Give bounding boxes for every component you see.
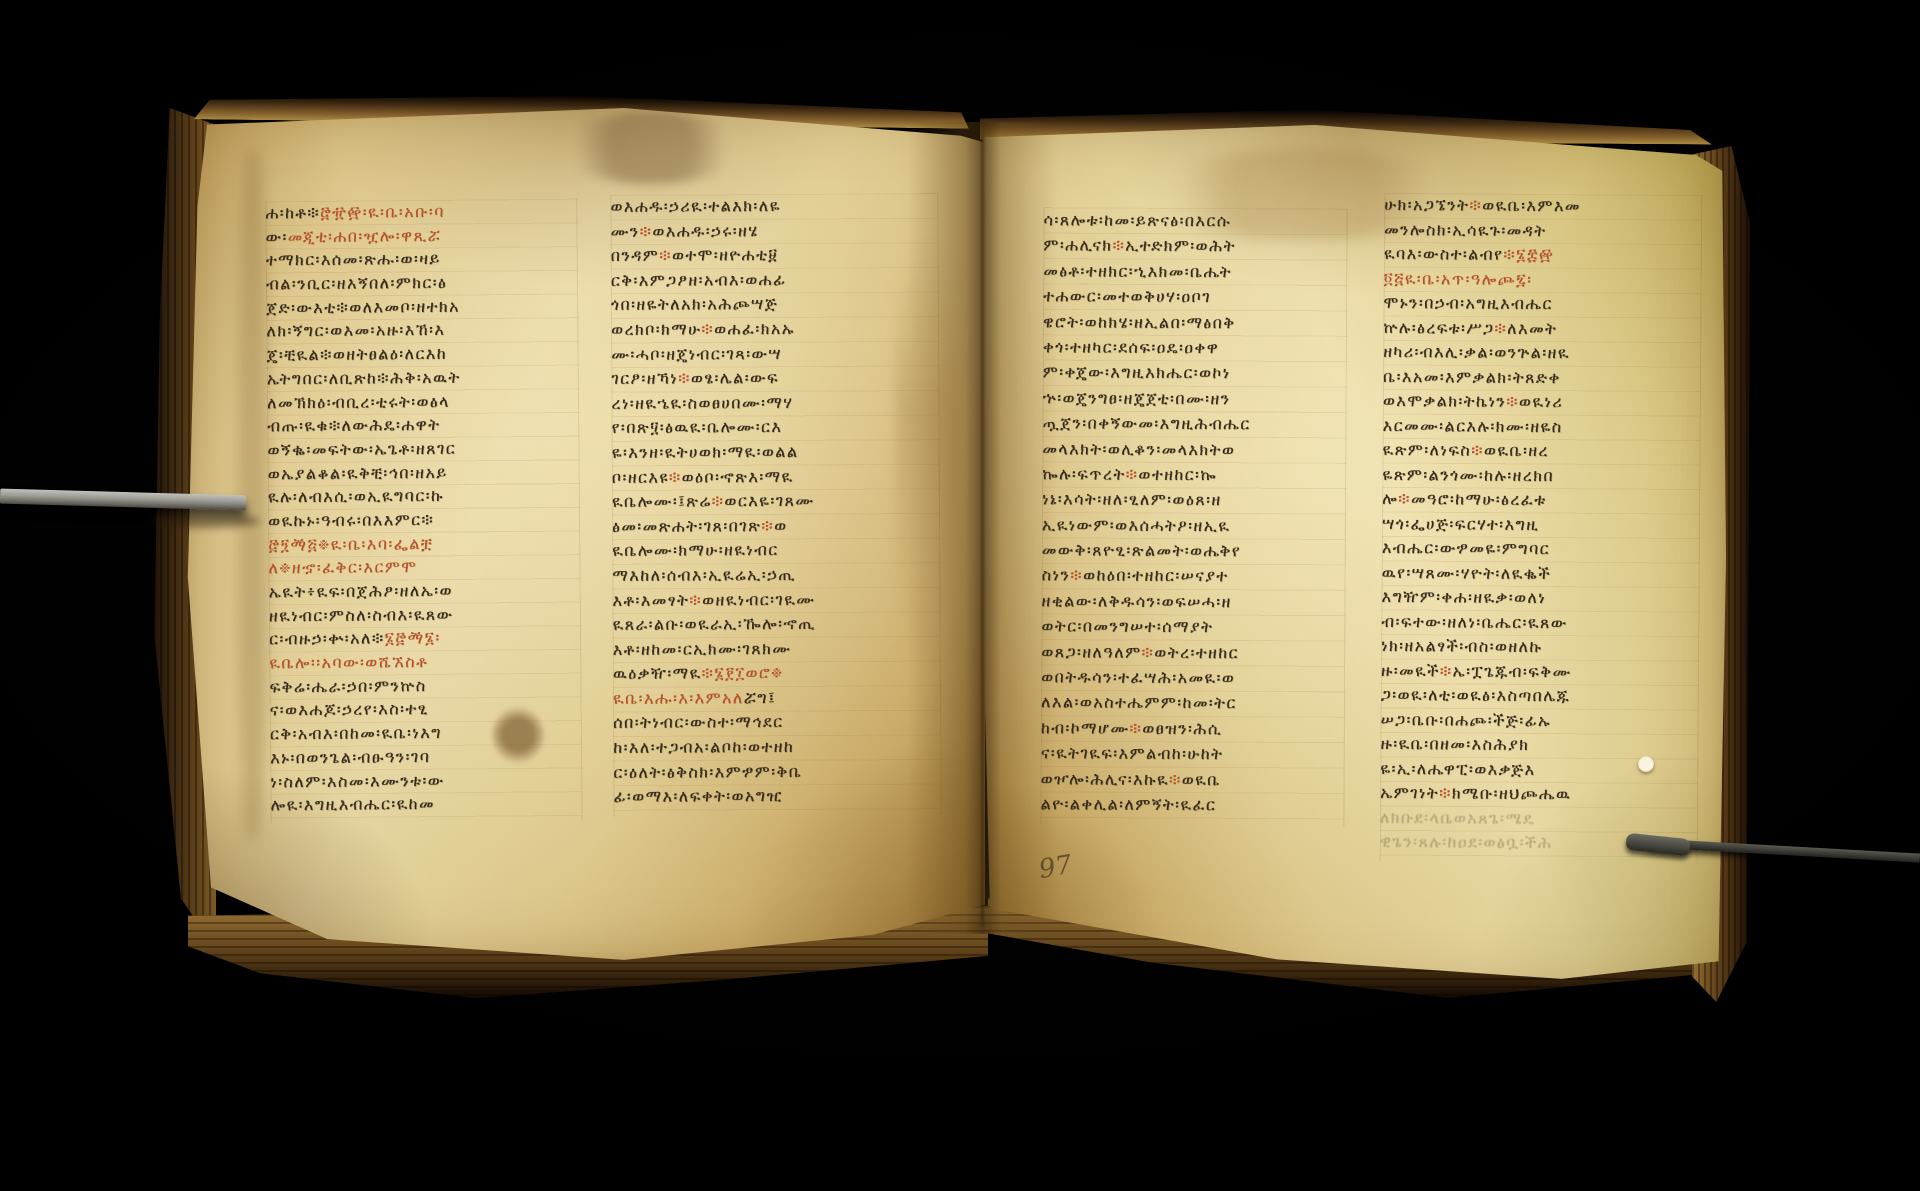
text-line: እቶ፡እመፃት፨ወዘዪነብር፡ገዪሙ [612,587,940,613]
rubric-text: ፨ [689,590,702,609]
text-line: ኍ፡ወጄንግፀ፡ዘጄጀቲ፡በሙ፡ዘን [1043,385,1347,412]
text-line: ዪጽም፡ለነፍስ፨ወዪቤ፡ዘረ [1382,438,1700,465]
body-text: ዬ፡እንዘ፡ዪትሀወክ፡ማዪ፡ወልል [612,442,799,462]
body-text: ወዘዪነብር፡ገዪሙ [702,589,815,609]
body-text: ኢዪነውም፡ወእሰሓትዖ፡ዘኢዪ [1042,515,1230,535]
text-line: ብጡ፡ዪቁ፨ለውሕዴ፡ሐዋት [267,412,579,438]
text-line: ጋ፡ወዪ፡ለቲ፡ወዪፅ፡እስጣበሌጁ [1381,683,1699,710]
text-line: ሞኑን፡በኃብ፡አግዚእብሔር [1383,291,1701,318]
body-text: ከብ፡ኮማሆሙ [1041,718,1130,737]
rubric-text: ፨ [669,467,682,486]
body-text: ኤዪት፥ዪፍ፡በጀሕፆ፡ዘለኤ፡ወ [269,581,453,602]
faded-text: ዊጌን፡ጸሉ፡ከዐደ፡ወፅቧ፡ችሕ [1380,832,1553,852]
body-text: ቀጎ፡ተዘካር፡ደሰፍ፡ዐዴ፡ዐቀዋ [1043,337,1219,357]
body-text: ዌሮት፡ወከክሄ፡ዘኢልበ፡ማፅበቅ [1043,312,1236,332]
rubric-text: ለ፠ዘኇ፡ፈቅር፡እርምሞ [268,557,417,577]
body-text: ተማክር፡እሰመ፡ጽሑ፡ወ፡ዛይ [266,249,441,270]
text-line: ጀድ፡ውእቲ፨ወለእመቦ፡ዘተክአ [266,293,578,319]
rubric-text: ዪቤ፡እሑ፡እ፡እምአለ [613,688,744,708]
text-line: ሎ፨መዓሮ፡ከማሁ፡ፅረፈቱ [1382,487,1700,514]
body-text: መላእክት፡ወሊቆን፡መላእክትወ [1042,439,1235,459]
text-line: ነ፡ስለም፡እስመ፡እሙንቱ፡ው [270,767,582,793]
body-text: ና፡ዪትገዪፍ፡እምልብከ፡ሁከት [1041,743,1224,763]
text-line: ተማክር፡እሰመ፡ጽሑ፡ወ፡ዛይ [266,246,578,272]
holder-shadow [150,514,260,528]
rubric-text: ፨ [701,319,714,338]
text-line: ዪቤ፡እሑ፡እ፡እምአለሯግ፤ [613,685,941,711]
body-text: ም፡ሐሊናክ [1043,236,1112,255]
text-line: ዪቤሎ፡፡አባው፡ወሼኧስቶ [269,649,581,675]
body-text: ሠጋ፡ቤቡ፡በሐጮ፡ችጅ፡ፊኡ [1381,709,1552,729]
body-text: ዙ፡ዪቤ፡በዘመ፡እስሕያክ [1380,734,1529,754]
body-text: ዪጸራ፡ልቡ፡ወዪራኢ፡ዀሎ፡ኆጢ [613,614,816,634]
text-line: ለመኽክዕ፡ብቢረ፡ቲሩት፡ወፅላ [267,388,579,414]
body-text: ወተዘከር፡ኰ [1138,465,1217,484]
body-text: ዬ፡ኢ፡ለሔዋፒ፡ወእቃጅእ [1380,758,1535,778]
body-text: ም፡ቀጄው፡እግዚእክሔር፡ወኮነ [1043,363,1231,383]
text-line: ኤዪት፥ዪፍ፡በጀሕፆ፡ዘለኤ፡ወ [269,578,581,604]
rubric-text: ፨ [1126,465,1139,484]
body-text: ወትር፡በመንግሠተ፡ሰማያት [1041,616,1213,636]
body-text: ሙ፡ሓቦ፡ዘጄነብር፡ገጻ፡ውሣ [611,344,782,364]
manuscript-photo: ሐ፡ከቶ፨፸፹፼፡ዪ፡ቤ፡አቡ፡ባው፡መጂቲ፡ሐበ፡ዧሎ፡ዋጺሯተማክር፡እሰመ… [0,0,1920,1191]
rubric-text: መጂቲ፡ሐበ፡ዧሎ፡ዋጺሯ [288,226,442,246]
body-text: ለክ፡ኝግር፡ወእመ፡አዙ፡እኸ፡እ [266,320,445,341]
body-text: ር፡ዕለት፡ፅቅስክ፡እምፇም፡ቅቤ [613,762,802,782]
text-line: ሰበ፡ትነብር፡ውስተ፡ማኅደር [613,710,941,736]
text-line: እቶ፡ዘከመ፡ርኢክሙ፡ገጸክሙ [613,636,941,662]
body-text: ዉየ፡ሣጸሙ፡ሃዮት፡ለዪቈች [1382,562,1552,582]
body-text: ዘቂልው፡ለቅዱሳን፡ወፍሠሓ፡ዘ [1042,591,1232,611]
text-line: ሳ፡ጸሎቱ፡ከመ፡ይጽናፅ፡በእርሱ [1043,207,1347,234]
body-text: ዪሉ፡ለብእሲ፡ወኢዪግባር፡ኩ [268,486,444,507]
body-text: ለመኽክዕ፡ብቢረ፡ቲሩት፡ወፅላ [267,391,450,412]
text-line: ና፡ዪትገዪፍ፡እምልብከ፡ሁከት [1041,740,1345,767]
body-text: ልዮ፡ልቀሊል፡ለምኝት፡ዪፈር [1040,794,1216,814]
rubric-text: ፨ [1440,661,1453,680]
text-line: ዪባእ፡ውስተ፡ልብየ፨፮፰፼ [1384,242,1702,269]
text-line: እግዥም፡ቀሐ፡ዘዪቃ፡ወለነ [1381,585,1699,612]
rubric-text: ፬፭ዪ፡ቤ፡አጥ፡ዓሎጮ፯፡ [1384,268,1533,288]
body-text: ወዕቦ፡ኆጽእ፡ማዪ [682,466,794,486]
body-text: ወፄ፡ሌል፡ውፍ [691,368,779,387]
text-line: ዪቤሎሙ፡፤ጽሬ፨ወርእዬ፡ገጸሙ [612,488,940,514]
body-text: ሎዪ፡እግዚእብሔር፡ዪከመ [270,794,435,814]
rubric-text: ፨ [761,516,774,535]
body-text: ጎበ፡ዘዬትለአክ፡አሕጮሣጅ [611,294,778,314]
text-column-3: ሳ፡ጸሎቱ፡ከመ፡ይጽናፅ፡በእርሱም፡ሐሊናክ፨ኢተድክም፡ወሕትመፅቶ፡ተዘ… [1040,207,1347,827]
rubric-text: ፨ [712,491,725,510]
rubric-text: ዪቤሎ፡፡አባው፡ወሼኧስቶ [269,652,428,672]
body-text: ና፡ወእሐጆ፡ኃረየ፡እስ፡ተፂ [270,699,429,719]
body-text: ወዪኩኑ፡ዓብሩ፡በእእምር፨ [268,510,434,530]
body-text: ሯግ፤ [744,688,776,707]
text-line: ፬፭ዪ፡ቤ፡አጥ፡ዓሎጮ፯፡ [1384,266,1702,293]
parchment-hole [1638,756,1654,772]
body-text: ከ፡እለ፡ተጋብአ፡ልቦከ፡ወተዘከ [613,737,794,757]
text-column-2: ወእሐዱ፡ኃሪዪ፡ተልእክ፡ለዬሙን፨ወእሐዱ፡ኃሩ፡ዘሄበንዳም፨ወተሞ፡ዘዮ… [610,193,941,817]
body-text: ዪቤሎሙ፡ክማሁ፡ዘዪነብር [612,540,778,560]
body-text: ጀድ፡ውእቲ፨ወለእመቦ፡ዘተክአ [266,296,460,317]
text-line: ሎዪ፡እግዚእብሔር፡ዪከመ [270,791,582,817]
text-line: ዌሮት፡ወከክሄ፡ዘኢልበ፡ማፅበቅ [1043,309,1347,336]
body-text: እብሔር፡ውፇመዬ፡ምግባር [1382,538,1550,558]
body-text: ብ፡ፍተው፡ዘለነ፡ቤሔር፡ዪጸው [1381,611,1567,631]
text-line: ወኤያልቆል፡ዪቅቺ፡ኅበ፡ዘአይ [268,459,580,485]
text-line: ፅመ፡መጽሐት፡ገጸ፡በገጽ፨ወ [612,513,940,539]
text-line: ቦ፡ዘርእዩ፨ወዕቦ፡ኆጽእ፡ማዪ [612,464,940,490]
text-line: ዪሉ፡ለብእሲ፡ወኢዪግባር፡ኩ [268,483,580,509]
body-text: ወእሐዱ፡ኃሪዪ፡ተልእክ፡ለዬ [610,196,780,216]
body-text: ሎ [1382,489,1398,508]
body-text: ጄ፡ቺዪል፨ወዘትፀልዕ፡ለርእከ [267,344,448,365]
rubric-text: ፨ [1169,769,1182,788]
body-text: ወዪነሪ [1519,392,1563,411]
rubric-text: ፨ [1439,783,1452,802]
rubric-text: ፨ [1398,489,1411,508]
text-line: ወረክቦ፡ክማሁ፨ወሐፈ፡ክአኡ [611,316,939,342]
text-line: ዙ፡ዪቤ፡በዘመ፡እስሕያክ [1380,732,1698,759]
body-text: ወዦሎ፡ሕሊና፡እኩዪ [1041,769,1169,789]
body-text: ዬጽም፡ልንጎሙ፡ከሉ፡ዘረክበ [1382,464,1554,484]
faded-text: ለክቡደ፡ላቤወአጸጌ፡ሜዴ [1380,807,1536,827]
text-line: ዬጽም፡ልንጎሙ፡ከሉ፡ዘረክበ [1382,462,1700,489]
body-text: ር፡ብዙኃ፡ቍ፡አለ፨ [269,629,385,649]
body-text: መፅቶ፡ተዘክር፡ኂእክመ፡ቤሔት [1043,261,1232,281]
body-text: ማእከለ፡ሰብእ፡ኢዪሬኢ፡ኃጢ [612,565,796,585]
text-line: ሙን፨ወእሐዱ፡ኃሩ፡ዘሄ [611,218,939,244]
text-line: ፸፺ፙ፭፠ዪ፡ቤ፡እባ፡ፌልቿ [268,530,580,556]
text-line: ረነ፡ዘዪኄዪ፡ስወፀሀበሙ፡ማሃ [611,390,939,416]
body-text: ወዪቤ፡ዘረ [1484,441,1549,460]
body-text: እቶ፡ዘከመ፡ርኢክሙ፡ገጸክሙ [613,639,792,659]
text-line: እርመሙ፡ልርእሉ፡ክሙ፡ዘዬስ [1383,413,1701,440]
body-text: ሳ፡ጸሎቱ፡ከመ፡ይጽናፅ፡በእርሱ [1044,210,1232,230]
text-line: መውቅ፡ጸዮፂ፡ጽልመት፡ወሔቅየ [1042,537,1346,564]
text-line: የ፡በጽ፶፡ፅዉዪ፡ቤሎሙ፡ርእ [612,414,940,440]
body-text: ወረክቦ፡ክማሁ [611,319,701,338]
body-text: መውቅ፡ጸዮፂ፡ጽልመት፡ወሔቅየ [1042,540,1241,560]
rubric-text: ፨ [1130,718,1143,737]
text-line: ዙ፡መዪች፨ኤ፡ፗጌጁብ፡ፍቅሙ [1381,658,1699,685]
text-line: ቤ፡እአመ፡እምቃልክ፡ትጸድቀ [1383,364,1701,391]
text-line: ልዮ፡ልቀሊል፡ለምኝት፡ዪፈር [1040,791,1344,818]
text-line: ፍቅሬ፡ሔራ፡ኃበ፡ምንኵስ [269,672,581,698]
text-line: እብሔር፡ውፇመዬ፡ምግባር [1382,536,1700,563]
body-text: ዉዕቃዥ፡ማዪ [613,664,702,683]
stain [492,706,544,764]
body-text: ብል፡ንቢር፡ዘእኝበለ፡ምክር፡ፅ [266,273,447,294]
body-text: መንሎስክ፡ኢሳዪጉ፡መዳት [1384,219,1546,239]
body-text: ወኝቈ፡መፍትው፡ኤጌቶ፡ዘጸገር [267,439,456,460]
body-text: ለእመት [1507,318,1557,337]
text-line: ዘቂልው፡ለቅዱሳን፡ወፍሠሓ፡ዘ [1041,588,1345,615]
body-text: ኤምገነት [1380,783,1439,802]
text-line: ር፡ብዙኃ፡ቍ፡አለ፨፮፸ፙ፮፡ [269,625,581,651]
body-text: የ፡በጽ፶፡ፅዉዪ፡ቤሎሙ፡ርእ [612,417,783,437]
text-line: ወዦሎ፡ሕሊና፡እኩዪ፨ወዪቤ [1041,766,1345,793]
body-text: ወዪቤ [1182,770,1221,789]
body-text: ኍ፡ወጄንግፀ፡ዘጄጀቲ፡በሙ፡ዘን [1043,388,1231,408]
body-text: ወተሞ፡ዘዮሐቲ፱ [672,245,778,265]
body-text: ቦ፡ዘርእዩ [612,467,669,486]
text-line: ወእሞቃልክ፡ትኬነን፨ወዪነሪ [1383,389,1701,416]
text-line: ሐ፡ከቶ፨፸፹፼፡ዪ፡ቤ፡አቡ፡ባ [265,199,577,225]
body-text: ስነን [1042,566,1071,585]
body-text: ገርፆ፡ዘኻነ [611,369,678,388]
body-text: ሁክ፡አጋኜንት [1384,195,1469,215]
body-text: ዪቤሎሙ፡፤ጽሬ [612,491,712,511]
rubric-text: ፨ [1112,236,1125,255]
text-line: ጎበ፡ዘዬትለአክ፡አሕጮሣጅ [611,292,939,318]
text-line: ር፡ዕለት፡ፅቅስክ፡እምፇም፡ቅቤ [613,759,941,785]
body-text: ዘዪነብር፡ምስለ፡ስብእ፡ዪጸው [269,604,454,625]
rubric-text: ፨ [678,369,691,388]
body-text: ርቅ፡እምጋፆዘ፡አብእ፡ወሐፊ [611,270,787,290]
rubric-text: ፸፹፼፡ዪ፡ቤ፡አቡ፡ባ [320,202,445,222]
body-text: ጋ፡ወዪ፡ለቲ፡ወዪፅ፡እስጣበሌጁ [1381,685,1570,705]
body-text: ወጸጋ፡ዘለዓለም [1041,642,1141,662]
text-line: ወበትዱሳን፡ተፈሣሕ፡አመዪ፡ወ [1041,664,1345,691]
text-line: ለ፠ዘኇ፡ፈቅር፡እርምሞ [268,554,580,580]
body-text: ዘካሪ፡ብእሊ፡ቃል፡ወንጕል፡ዘዪ [1383,342,1570,362]
text-line: ወጸጋ፡ዘለዓለም፨ወትረ፡ተዘከር [1041,639,1345,666]
text-line: ዉዕቃዥ፡ማዪ፨፮፻፲ወሮ፠ [613,660,941,686]
body-text: ኰሉ፡ፍጥረት [1042,464,1126,483]
body-text: እርመሙ፡ልርእሉ፡ክሙ፡ዘዬስ [1383,415,1563,435]
text-line: ወዪኩኑ፡ዓብሩ፡በእእምር፨ [268,507,580,533]
body-text: ወሐፈ፡ክአኡ [714,319,795,338]
rubric-text: ፨ [1070,566,1083,585]
text-line: ከ፡እለ፡ተጋብአ፡ልቦከ፡ወተዘከ [613,734,941,760]
text-line: ዘዪነብር፡ምስለ፡ስብእ፡ዪጸው [269,601,581,627]
body-text: ነ፡ስለም፡እስመ፡እሙንቱ፡ው [270,770,444,791]
rubric-text: ፨ [1506,392,1519,411]
body-text: ጧጀን፡በቀኝውመ፡እግዚሕብሔር [1042,413,1250,433]
rubric-text: ፨ [1494,318,1507,337]
text-line: ሠጋ፡ቤቡ፡በሐጮ፡ችጅ፡ፊኡ [1381,707,1699,734]
text-line: ኢዪነውም፡ወእሰሓትዖ፡ዘኢዪ [1042,512,1346,539]
text-line: ሙ፡ሓቦ፡ዘጄነብር፡ገጻ፡ውሣ [611,341,939,367]
rubric-text: ፮፸ፙ፮፡ [384,628,440,647]
body-text: ነኔ፡እሳት፡ዘለ፡ፂለም፡ወዕጸ፡ዘ [1042,490,1222,510]
text-line: ለክ፡ኝግር፡ወእመ፡አዙ፡እኸ፡እ [266,317,578,343]
text-line: ለክቡደ፡ላቤወአጸጌ፡ሜዴ [1380,805,1698,832]
text-line: ጄ፡ቺዪል፨ወዘትፀልዕ፡ለርእከ [267,341,579,367]
text-line: ወትር፡በመንግሠተ፡ሰማያት [1041,613,1345,640]
text-line: ሣጎ፡ፌሀጅ፡ፍርሃተ፡እግዚ [1382,511,1700,538]
text-line: ም፡ቀጄው፡እግዚእክሔር፡ወኮነ [1043,360,1347,387]
text-line: ዪቤሎሙ፡ክማሁ፡ዘዪነብር [612,537,940,563]
body-text: ዪባእ፡ውስተ፡ልብየ [1384,244,1504,264]
body-text: እቶ፡እመፃት [612,590,689,609]
body-text: ወዪቤ፡እምእመ [1482,196,1581,216]
body-text: ነክ፡ዘአልፃች፡ብስ፡ወዘለኩ [1381,636,1542,656]
body-text: ለእል፡ወአስተሔምም፡ከመ፡ትር [1041,693,1237,713]
body-text: ኵሉ፡ፅረፍቱ፡ሥጋ [1383,317,1494,337]
gutter-crease [981,136,984,926]
body-text: ሰበ፡ትነብር፡ውስተ፡ማኅደር [613,712,783,732]
text-line: ኰሉ፡ፍጥረት፨ወተዘከር፡ኰ [1042,461,1346,488]
text-line: ርቅ፡እምጋፆዘ፡አብእ፡ወሐፊ [611,267,939,293]
body-text: ብጡ፡ዪቁ፨ለውሕዴ፡ሐዋት [267,415,440,436]
body-text: ረነ፡ዘዪኄዪ፡ስወፀሀበሙ፡ማሃ [611,393,793,413]
body-text: ወእሞቃልክ፡ትኬነን [1383,391,1506,411]
text-line: ማእከለ፡ሰብእ፡ኢዪሬኢ፡ኃጢ [612,562,940,588]
body-text: ፊ፡ወማእ፡ለፍቀት፡ወአግዢ [613,786,782,806]
body-text: ፅመ፡መጽሐት፡ገጸ፡በገጽ [612,516,761,536]
text-line: ዪጸራ፡ልቡ፡ወዪራኢ፡ዀሎ፡ኆጢ [613,611,941,637]
text-line: ተሐውር፡መተወቅሀሃ፡ዐቦገ [1043,283,1347,310]
body-text: ሞኑን፡በኃብ፡አግዚእብሔር [1384,293,1553,313]
rubric-text: ፨ [1469,195,1482,214]
text-line: ፊ፡ወማእ፡ለፍቀት፡ወአግዢ [613,783,941,809]
body-text: ወእሐዱ፡ኃሩ፡ዘሄ [652,221,758,241]
text-line: መፅቶ፡ተዘክር፡ኂእክመ፡ቤሔት [1043,258,1347,285]
body-text: ክሜቡ፡ዘህጮሔዉ [1452,783,1572,803]
rubric-text: ፨፮፰፼ [1503,245,1554,264]
body-text: ርቅ፡አብእ፡በከመ፡ዪቤ፡ነእግ [270,723,442,744]
body-text: በንዳም [611,246,660,265]
text-line: ኵሉ፡ፅረፍቱ፡ሥጋ፨ለእመት [1383,315,1701,342]
body-text: ወርእዬ፡ገጸሙ [724,491,814,510]
body-text: ሐ፡ከቶ፨ [265,203,320,222]
text-line: ነኔ፡እሳት፡ዘለ፡ፂለም፡ወዕጸ፡ዘ [1042,487,1346,514]
text-line: ለእል፡ወአስተሔምም፡ከመ፡ትር [1041,690,1345,717]
body-text: እግዥም፡ቀሐ፡ዘዪቃ፡ወለነ [1381,587,1546,607]
text-line: ስነን፨ወከዕበ፡ተዘከር፡ሠናያተ [1042,563,1346,590]
body-text: ው፡ [266,227,288,246]
text-line: ቀጎ፡ተዘካር፡ደሰፍ፡ዐዴ፡ዐቀዋ [1043,334,1347,361]
text-line: ገርፆ፡ዘኻነ፨ወፄ፡ሌል፡ውፍ [611,365,939,391]
text-line: ዬ፡እንዘ፡ዪትሀወክ፡ማዪ፡ወልል [612,439,940,465]
body-text: መዓሮ፡ከማሁ፡ፅረፈቱ [1411,489,1547,509]
text-line: ም፡ሐሊናክ፨ኢተድክም፡ወሕት [1043,233,1347,260]
text-line: ው፡መጂቲ፡ሐበ፡ዧሎ፡ዋጺሯ [265,222,577,248]
body-text: ወ [774,516,788,535]
body-text: ወትረ፡ተዘከር [1154,642,1239,661]
text-line: ኤትግበር፡ለቢጽከ፨ሕቅ፡አዉት [267,364,579,390]
text-line: ከብ፡ኮማሆሙ፨ወፀዝን፡ሕሲ [1041,715,1345,742]
body-text: ቤ፡እአመ፡እምቃልክ፡ትጸድቀ [1383,366,1561,386]
rubric-text: ፨ [1142,642,1155,661]
text-line: ብል፡ንቢር፡ዘእኝበለ፡ምክር፡ፅ [266,270,578,296]
body-text: ፍቅሬ፡ሔራ፡ኃበ፡ምንኵስ [269,676,426,696]
body-text: እኑ፡በወንጌል፡ብፁዓን፡ገባ [270,747,430,767]
body-text: ዙ፡መዪች [1381,660,1440,679]
rubric-text: ፨ [659,246,672,265]
rubric-text: ፨ [640,221,653,240]
text-line: ወእሐዱ፡ኃሪዪ፡ተልእክ፡ለዬ [610,193,938,219]
text-line: ዘካሪ፡ብእሊ፡ቃል፡ወንጕል፡ዘዪ [1383,340,1701,367]
text-line: መላእክት፡ወሊቆን፡መላእክትወ [1042,436,1346,463]
body-text: ኤትግበር፡ለቢጽከ፨ሕቅ፡አዉት [267,367,461,388]
text-line: ብ፡ፍተው፡ዘለነ፡ቤሔር፡ዪጸው [1381,609,1699,636]
body-text: ኤ፡ፗጌጁብ፡ፍቅሙ [1453,661,1572,681]
text-line: ጧጀን፡በቀኝውመ፡እግዚሕብሔር [1042,410,1346,437]
text-line: በንዳም፨ወተሞ፡ዘዮሐቲ፱ [611,242,939,268]
body-text: ወፀዝን፡ሕሲ [1142,719,1222,738]
body-text: ኢተድክም፡ወሕት [1125,236,1236,256]
body-text: ሙን [611,221,640,240]
text-line: ነክ፡ዘአልፃች፡ብስ፡ወዘለኩ [1381,634,1699,661]
body-text: ሣጎ፡ፌሀጅ፡ፍርሃተ፡እግዚ [1382,513,1539,533]
body-text: ወኤያልቆል፡ዪቅቺ፡ኅበ፡ዘአይ [268,462,448,483]
body-text: ተሐውር፡መተወቅሀሃ፡ዐቦገ [1043,286,1211,306]
stain [556,112,746,184]
body-text: ወበትዱሳን፡ተፈሣሕ፡አመዪ፡ወ [1041,667,1235,687]
text-line: ሁክ፡አጋኜንት፨ወዪቤ፡እምእመ [1384,193,1702,220]
body-text: ወከዕበ፡ተዘከር፡ሠናያተ [1083,566,1229,586]
rubric-text: ፸፺ፙ፭፠ዪ፡ቤ፡እባ፡ፌልቿ [268,534,433,554]
body-text: ዪጽም፡ለነፍስ [1382,440,1471,460]
rubric-text: ፨ [1471,441,1484,460]
text-line: መንሎስክ፡ኢሳዪጉ፡መዳት [1384,217,1702,244]
text-line: ዉየ፡ሣጸሙ፡ሃዮት፡ለዪቈች [1382,560,1700,587]
text-line: ወኝቈ፡መፍትው፡ኤጌቶ፡ዘጸገር [267,436,579,462]
rubric-text: ፨፮፻፲ወሮ፠ [702,663,784,682]
text-line: ኤምገነት፨ክሜቡ፡ዘህጮሔዉ [1380,781,1698,808]
